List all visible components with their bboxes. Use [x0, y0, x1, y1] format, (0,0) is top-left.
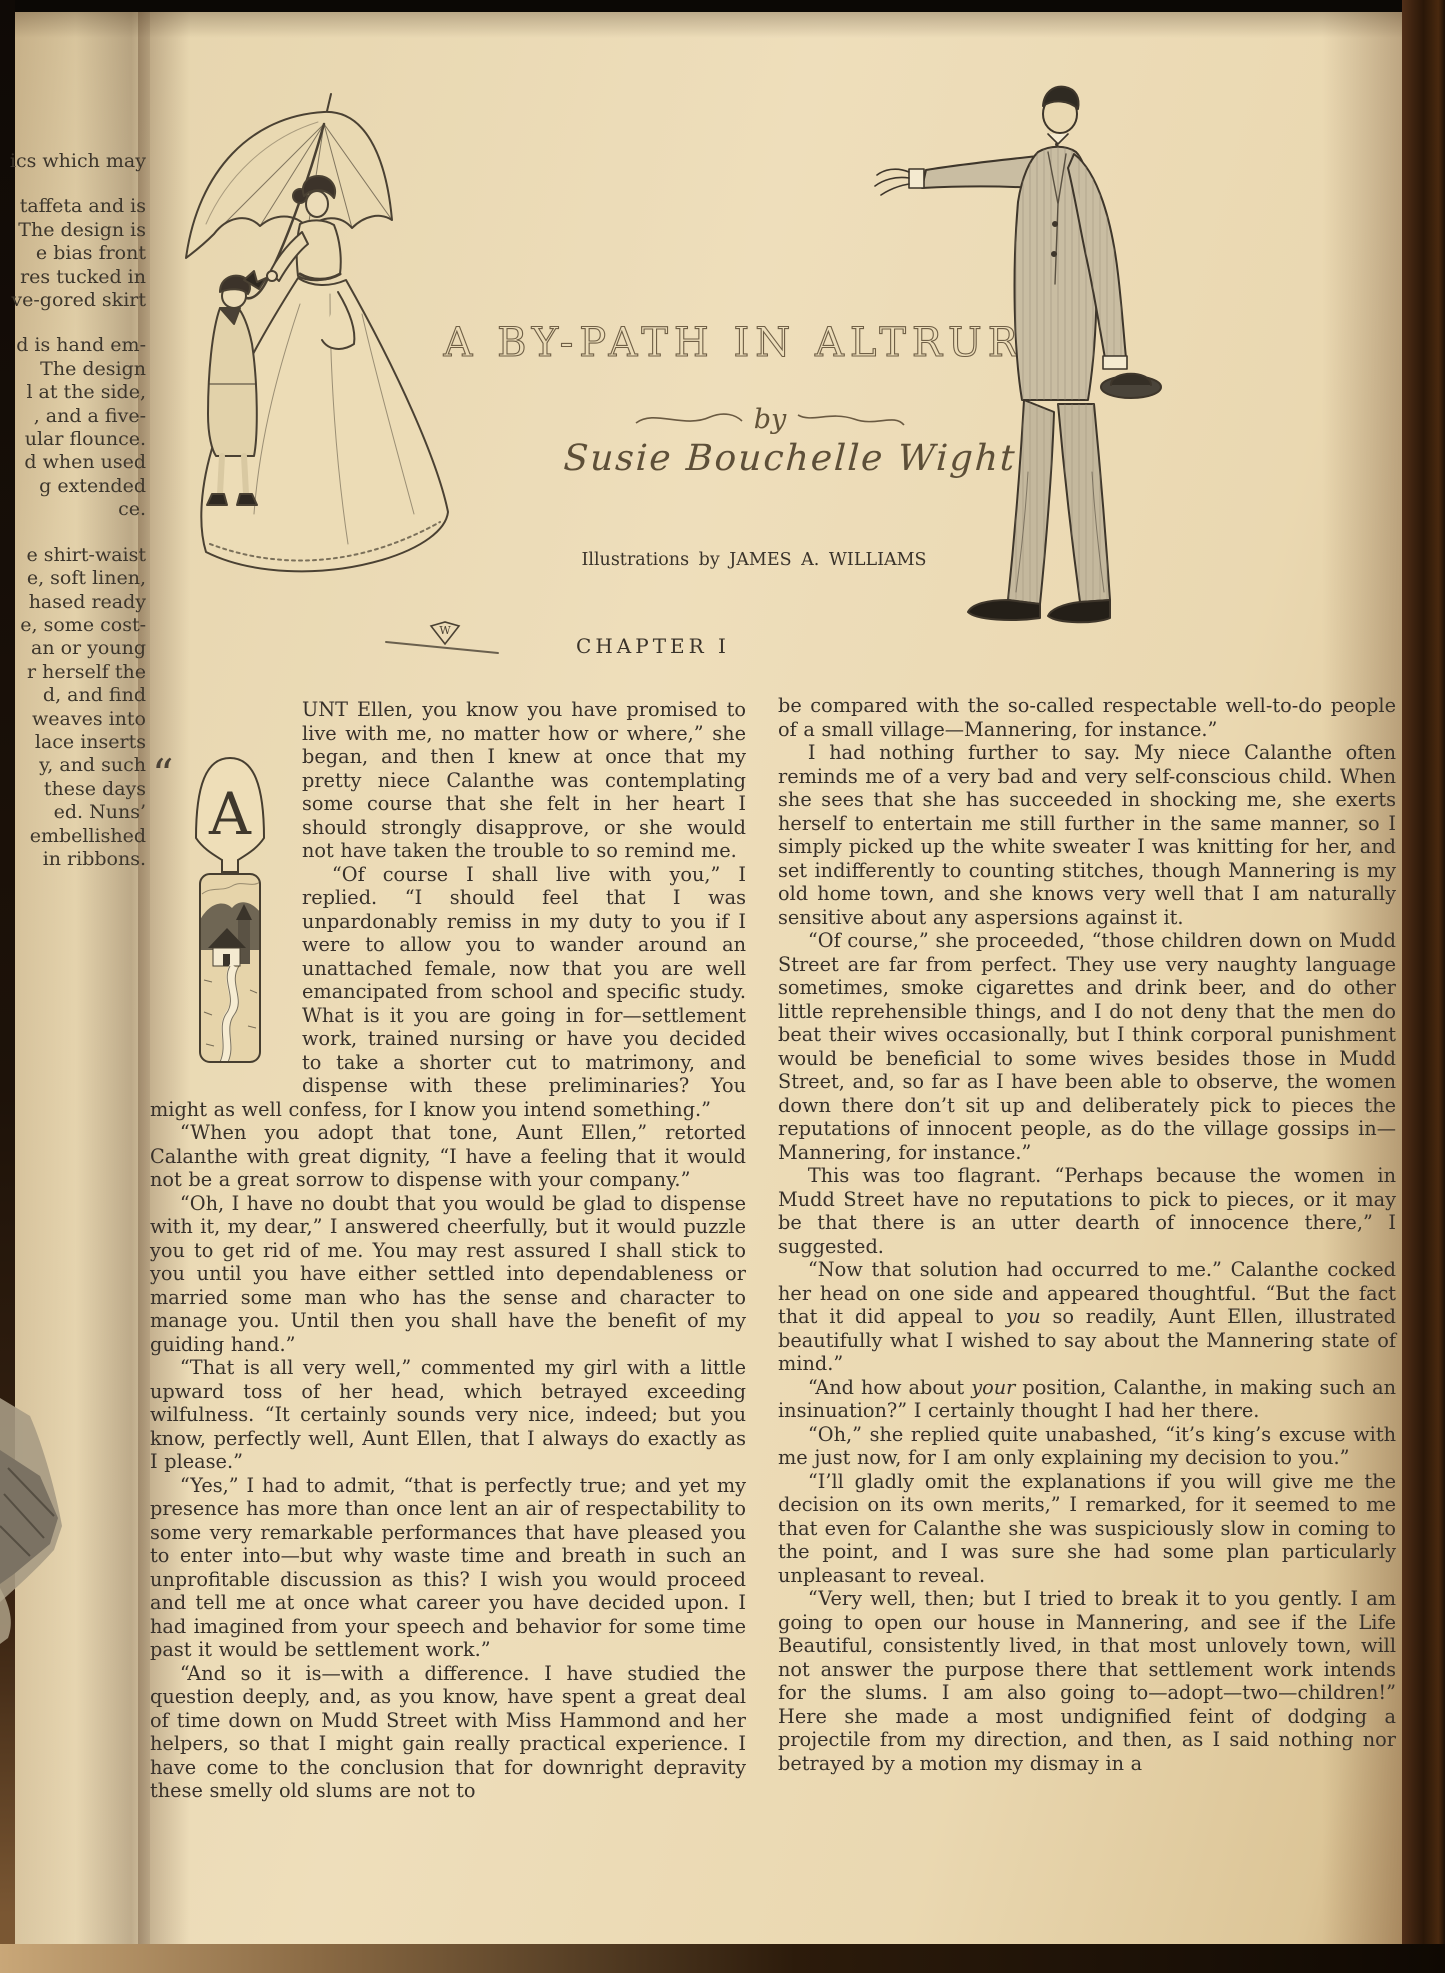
fragment-line: these days: [0, 778, 146, 801]
scan-edge-top: [0, 0, 1445, 12]
left-column: “ A UNT Ellen,: [150, 698, 746, 1803]
story-paragraph: “And how about your position, Calanthe, …: [778, 1376, 1396, 1423]
fragment-line: d when used: [0, 451, 146, 474]
drop-cap-ornament: “ A: [150, 698, 302, 1078]
woman-with-parasol-and-child-illustration: [150, 82, 500, 662]
story-paragraph: “And so it is—with a difference. I have …: [150, 1662, 746, 1803]
fragment-line: e bias front: [0, 242, 146, 265]
scan-edge-top-shadow: [0, 12, 1445, 38]
fragment-line: , and a five-: [0, 405, 146, 428]
magazine-page-scan: ics which maytaffeta and isThe design is…: [0, 0, 1445, 1973]
opening-quote-mark: “: [152, 754, 173, 796]
story-paragraph: “Yes,” I had to admit, “that is perfectl…: [150, 1474, 746, 1662]
book-cover-edge-right: [1402, 0, 1445, 1973]
story-paragraph: “Oh, I have no doubt that you would be g…: [150, 1192, 746, 1357]
fragment-line: e, soft linen,: [0, 567, 146, 590]
artist-monogram-icon: W: [428, 620, 462, 646]
svg-text:W: W: [439, 624, 451, 637]
flourish-left-icon: [634, 405, 744, 436]
story-paragraph: I had nothing further to say. My niece C…: [778, 741, 1396, 929]
story-paragraph: This was too flagrant. “Perhaps because …: [778, 1164, 1396, 1258]
story-paragraph: “I’ll gladly omit the explanations if yo…: [778, 1470, 1396, 1588]
fragment-line: r herself the: [0, 661, 146, 684]
fragment-line: e, some cost-: [0, 614, 146, 637]
story-paragraph: “Oh,” she replied quite unabashed, “it’s…: [778, 1423, 1396, 1470]
drop-cap-vignette: A: [180, 750, 280, 1072]
story-paragraph: “Very well, then; but I tried to break i…: [778, 1587, 1396, 1775]
svg-text:A: A: [208, 780, 252, 848]
fragment-line: embellished: [0, 825, 146, 848]
story-paragraph: “Now that solution had occurred to me.” …: [778, 1258, 1396, 1376]
fragment-line: weaves into: [0, 708, 146, 731]
fragment-line: [0, 522, 146, 544]
fragment-line: ular flounce.: [0, 428, 146, 451]
fragment-line: g extended: [0, 475, 146, 498]
story-paragraph: “That is all very well,” commented my gi…: [150, 1356, 746, 1474]
story-paragraph: “Of course,” she proceeded, “those child…: [778, 929, 1396, 1164]
fragment-line: ce.: [0, 498, 146, 521]
fragment-line: an or young: [0, 637, 146, 660]
story-paragraphs-right: be compared with the so-called respectab…: [778, 694, 1396, 1775]
fragment-line: e shirt-waist: [0, 544, 146, 567]
byline-prefix: by: [754, 404, 787, 435]
fragment-line: res tucked in: [0, 266, 146, 289]
fragment-line: d, and find: [0, 684, 146, 707]
fragment-line: The design is: [0, 219, 146, 242]
fragment-line: [0, 312, 146, 334]
story-paragraph: “When you adopt that tone, Aunt Ellen,” …: [150, 1121, 746, 1192]
fragment-line: l at the side,: [0, 381, 146, 404]
fragment-line: ed. Nuns’: [0, 801, 146, 824]
fragment-line: d is hand em-: [0, 334, 146, 357]
fragment-line: The design: [0, 358, 146, 381]
scan-edge-bottom: [0, 1944, 1445, 1973]
fragment-line: hased ready: [0, 591, 146, 614]
fragment-line: ve-gored skirt: [0, 289, 146, 312]
fragment-line: [0, 173, 146, 195]
previous-page-garment-sketch: [0, 1398, 78, 1698]
fragment-line: in ribbons.: [0, 848, 146, 871]
right-column: be compared with the so-called respectab…: [778, 694, 1396, 1775]
story-paragraph: be compared with the so-called respectab…: [778, 694, 1396, 741]
fragment-line: lace inserts: [0, 731, 146, 754]
fragment-line: ics which may: [0, 150, 146, 173]
previous-page-text-fragments: ics which maytaffeta and isThe design is…: [0, 150, 150, 871]
fragment-line: y, and such: [0, 754, 146, 777]
man-in-suit-illustration: [852, 52, 1197, 652]
fragment-line: taffeta and is: [0, 195, 146, 218]
